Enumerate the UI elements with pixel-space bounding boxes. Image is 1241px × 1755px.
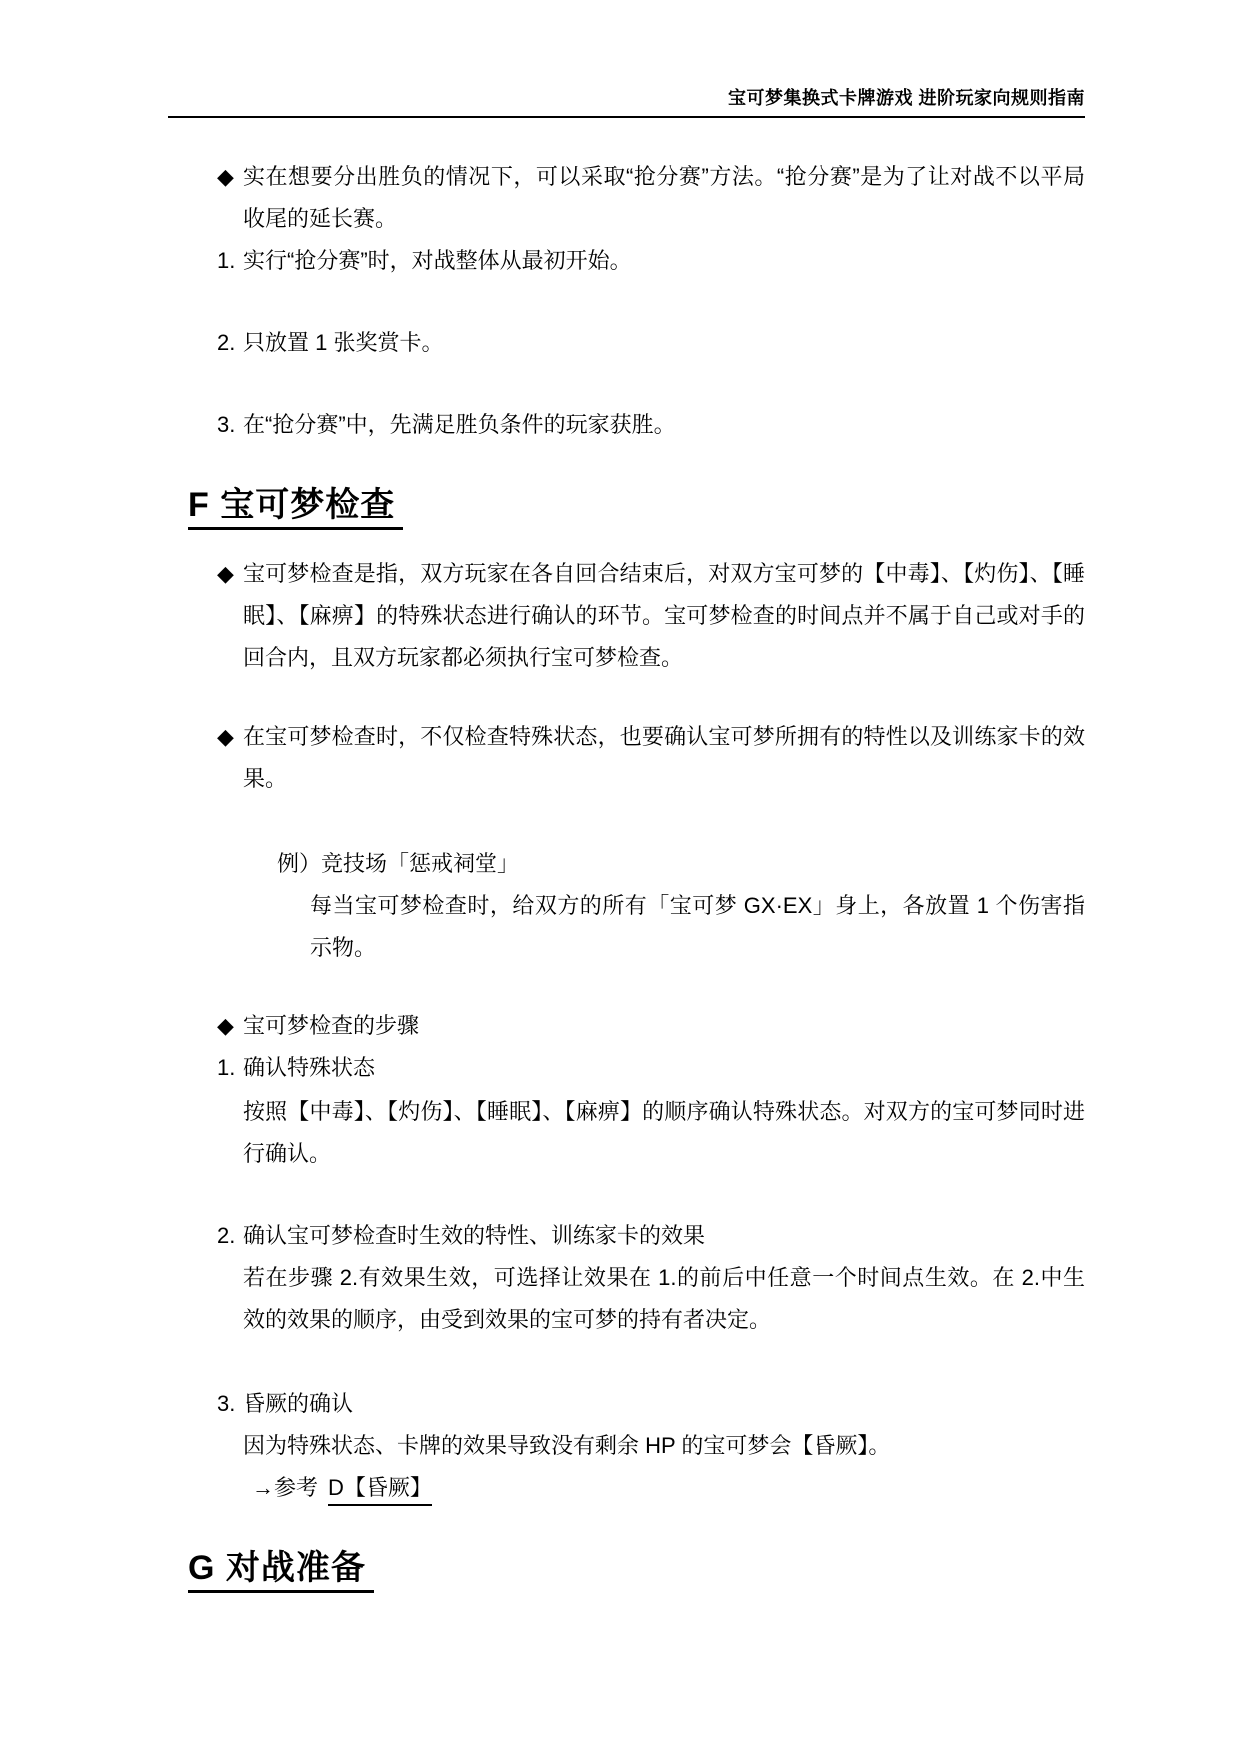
check-step-2-title-text: 确认宝可梦检查时生效的特性、训练家卡的效果 — [243, 1215, 1085, 1257]
tiebreak-step-2: 2. 只放置 1 张奖赏卡。 — [217, 322, 1085, 364]
section-heading-f-text: F 宝可梦检查 — [188, 485, 403, 530]
check-step-2-body: 若在步骤 2.有效果生效，可选择让效果在 1.的前后中任意一个时间点生效。在 2… — [243, 1257, 1085, 1341]
tiebreak-intro-text: 实在想要分出胜负的情况下，可以采取“抢分赛”方法。“抢分赛”是为了让对战不以平局… — [243, 156, 1085, 240]
section-heading-g: G 对战准备 — [188, 1548, 1085, 1593]
list-number: 3. — [217, 404, 243, 446]
pokemon-check-definition-text: 宝可梦检查是指，双方玩家在各自回合结束后，对双方宝可梦的【中毒】、【灼伤】、【睡… — [243, 553, 1085, 679]
check-step-2-title: 2. 确认宝可梦检查时生效的特性、训练家卡的效果 — [217, 1215, 1085, 1257]
paragraph-pokemon-check-definition: ◆ 宝可梦检查是指，双方玩家在各自回合结束后，对双方宝可梦的【中毒】、【灼伤】、… — [217, 553, 1085, 679]
check-step-1-title-text: 确认特殊状态 — [243, 1047, 1085, 1089]
header-running-title: 宝可梦集换式卡牌游戏 进阶玩家向规则指南 — [728, 84, 1085, 110]
diamond-bullet-icon: ◆ — [217, 156, 243, 240]
tiebreak-step-1: 1. 实行“抢分赛”时，对战整体从最初开始。 — [217, 240, 1085, 282]
check-step-3-body: 因为特殊状态、卡牌的效果导致没有剩余 HP 的宝可梦会【昏厥】。 — [243, 1425, 1085, 1467]
paragraph-check-steps-heading: ◆ 宝可梦检查的步骤 — [217, 1005, 1085, 1047]
reference-link-knockout[interactable]: D【昏厥】 — [328, 1473, 432, 1506]
check-steps-heading-text: 宝可梦检查的步骤 — [243, 1005, 1085, 1047]
example-label: 例）竞技场「惩戒祠堂」 — [277, 843, 1085, 885]
list-number: 2. — [217, 322, 243, 364]
check-step-1-title: 1. 确认特殊状态 — [217, 1047, 1085, 1089]
tiebreak-step-3: 3. 在“抢分赛”中，先满足胜负条件的玩家获胜。 — [217, 404, 1085, 446]
list-number: 2. — [217, 1215, 243, 1257]
tiebreak-step-3-text: 在“抢分赛”中，先满足胜负条件的玩家获胜。 — [243, 404, 1085, 446]
pokemon-check-scope-text: 在宝可梦检查时，不仅检查特殊状态，也要确认宝可梦所拥有的特性以及训练家卡的效果。 — [243, 716, 1085, 800]
tiebreak-step-1-text: 实行“抢分赛”时，对战整体从最初开始。 — [243, 240, 1085, 282]
check-step-3-title: 3. 昏厥的确认 — [217, 1383, 1085, 1425]
cross-reference-line: →参考D【昏厥】 — [252, 1467, 1085, 1509]
check-step-1-body: 按照【中毒】、【灼伤】、【睡眠】、【麻痹】的顺序确认特殊状态。对双方的宝可梦同时… — [243, 1091, 1085, 1175]
document-page: 宝可梦集换式卡牌游戏 进阶玩家向规则指南 ◆ 实在想要分出胜负的情况下，可以采取… — [0, 0, 1241, 1755]
diamond-bullet-icon: ◆ — [217, 1005, 243, 1047]
tiebreak-step-2-text: 只放置 1 张奖赏卡。 — [243, 322, 1085, 364]
section-heading-f: F 宝可梦检查 — [188, 485, 1085, 530]
section-heading-g-text: G 对战准备 — [188, 1548, 374, 1593]
list-number: 1. — [217, 240, 243, 282]
paragraph-tiebreak-intro: ◆ 实在想要分出胜负的情况下，可以采取“抢分赛”方法。“抢分赛”是为了让对战不以… — [217, 156, 1085, 240]
list-number: 3. — [217, 1383, 243, 1425]
reference-arrow-label: →参考 — [252, 1475, 318, 1500]
page-content: ◆ 实在想要分出胜负的情况下，可以采取“抢分赛”方法。“抢分赛”是为了让对战不以… — [217, 118, 1085, 1616]
list-number: 1. — [217, 1047, 243, 1089]
example-body: 每当宝可梦检查时，给双方的所有「宝可梦 GX·EX」身上，各放置 1 个伤害指示… — [310, 885, 1085, 969]
paragraph-pokemon-check-scope: ◆ 在宝可梦检查时，不仅检查特殊状态，也要确认宝可梦所拥有的特性以及训练家卡的效… — [217, 716, 1085, 800]
diamond-bullet-icon: ◆ — [217, 553, 243, 679]
diamond-bullet-icon: ◆ — [217, 716, 243, 800]
check-step-3-title-text: 昏厥的确认 — [243, 1383, 1085, 1425]
